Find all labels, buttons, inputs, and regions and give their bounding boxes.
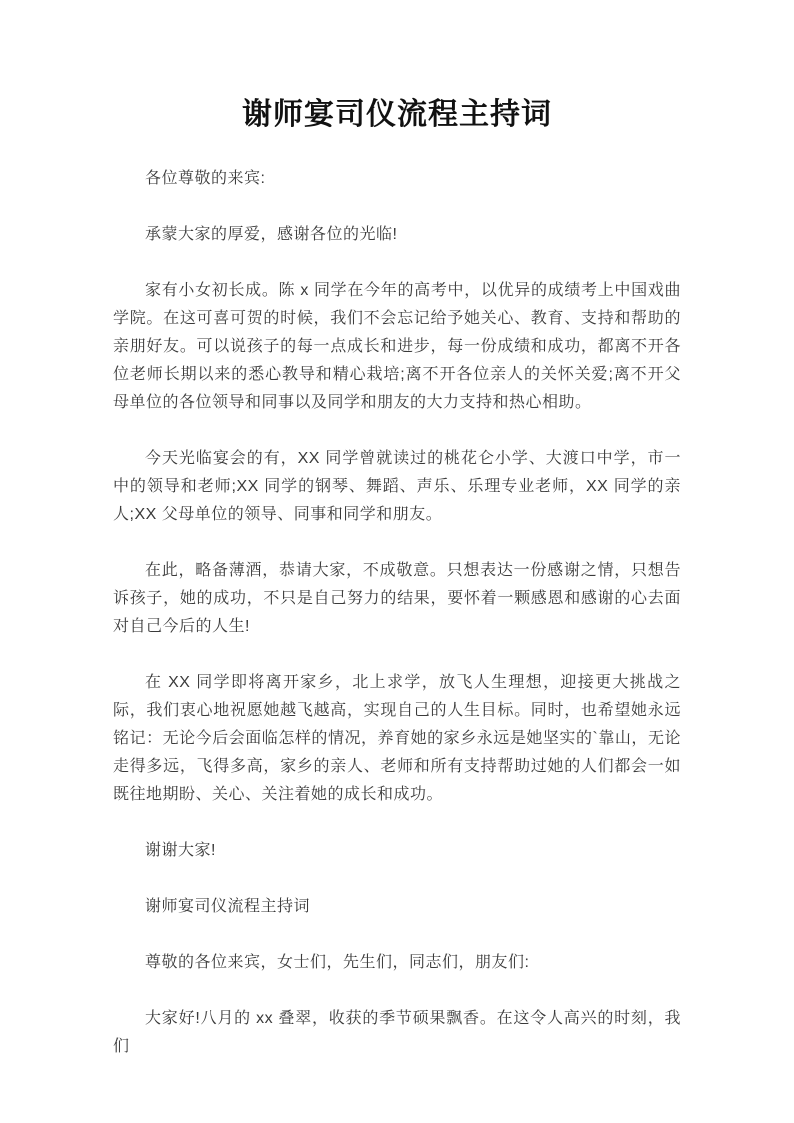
document-body: 各位尊敬的来宾: 承蒙大家的厚爱，感谢各位的光临! 家有小女初长成。陈 x 同学… — [113, 165, 681, 1061]
paragraph-farewell-wishes: 在 XX 同学即将离开家乡，北上求学，放飞人生理想，迎接更大挑战之际，我们衷心地… — [113, 669, 681, 809]
paragraph-salutation: 各位尊敬的来宾: — [113, 165, 681, 193]
paragraph-banquet-toast: 在此，略备薄酒，恭请大家，不成敬意。只想表达一份感谢之情，只想告诉孩子，她的成功… — [113, 557, 681, 641]
paragraph-section-heading: 谢师宴司仪流程主持词 — [113, 893, 681, 921]
document-page: 谢师宴司仪流程主持词 各位尊敬的来宾: 承蒙大家的厚爱，感谢各位的光临! 家有小… — [0, 0, 794, 1123]
paragraph-salutation-2: 尊敬的各位来宾，女士们，先生们，同志们，朋友们: — [113, 949, 681, 977]
paragraph-daughter-success: 家有小女初长成。陈 x 同学在今年的高考中，以优异的成绩考上中国戏曲学院。在这可… — [113, 277, 681, 417]
paragraph-thank-you: 谢谢大家! — [113, 837, 681, 865]
document-title: 谢师宴司仪流程主持词 — [113, 93, 681, 137]
paragraph-thanks-opening: 承蒙大家的厚爱，感谢各位的光临! — [113, 221, 681, 249]
paragraph-guest-list: 今天光临宴会的有，XX 同学曾就读过的桃花仑小学、大渡口中学，市一中的领导和老师… — [113, 445, 681, 529]
paragraph-august-greeting: 大家好!八月的 xx 叠翠，收获的季节硕果飘香。在这令人高兴的时刻，我们 — [113, 1005, 681, 1061]
